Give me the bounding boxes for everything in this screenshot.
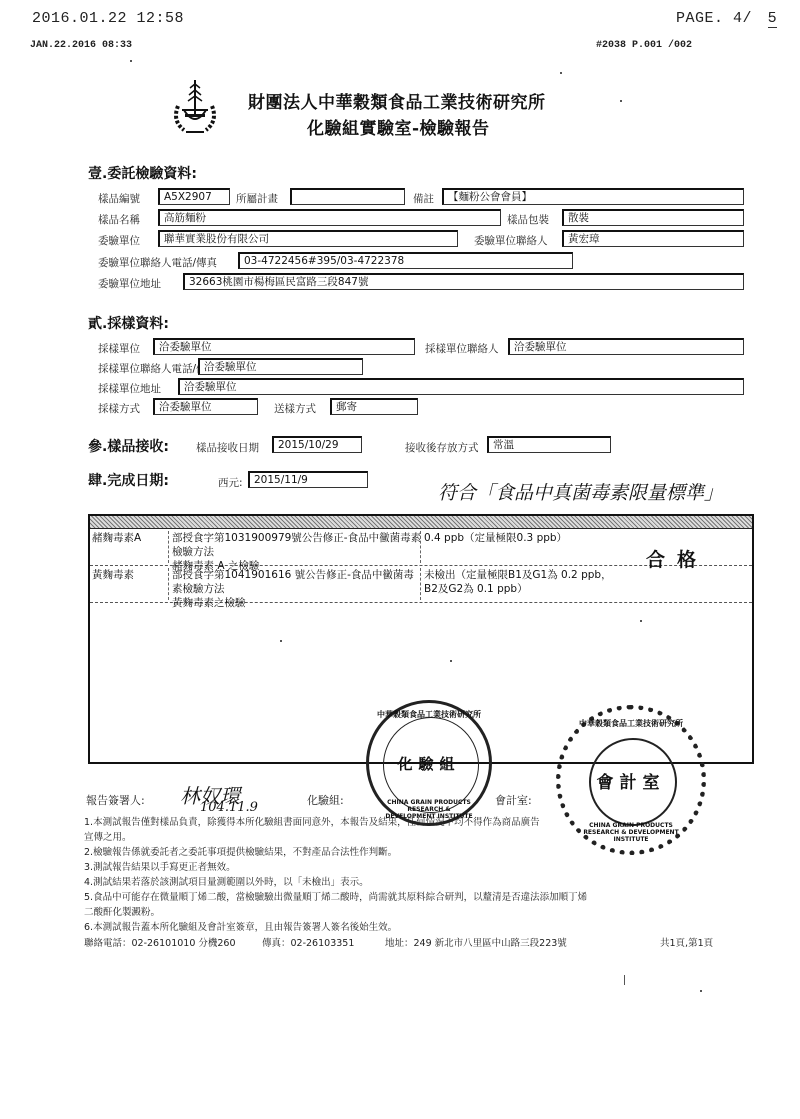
note-line: 1.本測試報告僅對樣品負責，除獲得本所化驗組書面同意外，本報告及結果，任何情況下… (84, 815, 587, 830)
note-line: 2.檢驗報告係就委託者之委託事項提供檢驗結果，不對產品合法性作判斷。 (84, 845, 587, 860)
sender-datetime: JAN.22.2016 08:33 (30, 40, 132, 51)
address-label: 委驗單位地址 (98, 276, 161, 291)
section4-title: 肆.完成日期: (88, 470, 169, 490)
lab-seal-icon: 中華穀類食品工業技術研究所 化驗組 CHINA GRAIN PRODUCTS R… (366, 700, 492, 826)
scan-speck (130, 60, 132, 62)
package-field: 散裝 (562, 209, 744, 226)
result-line: 0.4 ppb（定量極限0.3 ppb） (424, 531, 754, 545)
sample-no-field: A5X2907 (158, 188, 230, 205)
sampling-unit-label: 採樣單位 (98, 341, 140, 356)
note-line: 二酸酐化製澱粉。 (84, 905, 587, 920)
sampling-address-field: 洽委驗單位 (178, 378, 744, 395)
scan-speck (640, 620, 642, 622)
row-method: 部授食字第1041901616 號公告修正-食品中黴菌毒素檢驗方法 黃麴毒素之檢… (168, 568, 422, 600)
sampling-contact-field: 洽委驗單位 (508, 338, 744, 355)
contact-label: 委驗單位聯絡人 (474, 233, 548, 248)
sampling-method-field: 洽委驗單位 (153, 398, 258, 415)
scan-speck (560, 72, 562, 74)
contact-field: 黃宏璋 (562, 230, 744, 247)
note-line: 6.本測試報告蓋本所化驗組及會計室簽章，且由報告簽署人簽名後始生效。 (84, 920, 587, 935)
completion-date-field: 2015/11/9 (248, 471, 368, 488)
sample-name-field: 高筋麵粉 (158, 209, 501, 226)
sampling-method-label: 採樣方式 (98, 401, 140, 416)
sampling-unit-field: 洽委驗單位 (153, 338, 415, 355)
note-line: 4.測試結果若落於該測試項目量測範圍以外時，以「未檢出」表示。 (84, 875, 587, 890)
sample-name-label: 樣品名稱 (98, 212, 140, 227)
institute-name: 財團法人中華穀類食品工業技術研究所 (248, 88, 546, 113)
lab-label: 化驗組: (307, 792, 344, 808)
section3-title: 參.樣品接收: (88, 436, 169, 456)
approver-date: 104.11.9 (200, 800, 258, 815)
footer-fax: 傳真：02-26103351 (262, 935, 354, 949)
fax-page-label: PAGE. 4/ 5 (676, 10, 777, 27)
footer-pages: 共1頁,第1頁 (660, 935, 713, 949)
storage-label: 接收後存放方式 (405, 440, 479, 455)
footer-phone: 聯絡電話：02-26101010 分機260 (84, 935, 236, 949)
delivery-label: 送樣方式 (274, 401, 316, 416)
page-current: 4/ (733, 10, 752, 27)
report-notes: 1.本測試報告僅對樣品負責，除獲得本所化驗組書面同意外，本報告及結果，任何情況下… (84, 815, 587, 935)
phone-fax-label: 委驗單位聯絡人電話/傳真 (98, 255, 217, 270)
client-label: 委驗單位 (98, 233, 140, 248)
address-field: 32663桃園市楊梅區民富路三段847號 (183, 273, 744, 290)
seal-center-text: 會計室 (561, 768, 701, 793)
seal-center-text: 化驗組 (369, 753, 489, 774)
page-label: PAGE. (676, 10, 724, 27)
accounting-label: 會計室: (495, 792, 532, 808)
era-label: 西元: (218, 475, 243, 490)
remark-label: 備註 (413, 191, 434, 206)
sample-no-label: 樣品編號 (98, 191, 140, 206)
scan-speck (280, 640, 282, 642)
page-total: 5 (768, 10, 778, 28)
delivery-field: 郵寄 (330, 398, 418, 415)
footer-address: 地址：249 新北市八里區中山路三段223號 (385, 935, 567, 949)
scan-speck (700, 990, 702, 992)
note-line: 宣傳之用。 (84, 830, 587, 845)
row-item: 黃麴毒素 (92, 568, 164, 582)
institute-logo-icon (168, 76, 222, 136)
section1-title: 壹.委託檢驗資料: (88, 163, 197, 183)
sampling-contact-label: 採樣單位聯絡人 (425, 341, 499, 356)
client-field: 聯華實業股份有限公司 (158, 230, 458, 247)
package-label: 樣品包裝 (507, 212, 549, 227)
handwritten-compliance-note: 符合「食品中真菌毒素限量標準」 (438, 478, 723, 505)
sampling-address-label: 採樣單位地址 (98, 381, 161, 396)
row-result: 未檢出（定量極限B1及G1為 0.2 ppb， B2及G2為 0.1 ppb） (420, 568, 754, 600)
scan-speck (620, 100, 622, 102)
fax-datetime: 2016.01.22 12:58 (32, 10, 184, 27)
result-line: B2及G2為 0.1 ppb） (424, 582, 754, 596)
row-item: 赭麴毒素A (92, 531, 164, 545)
seal-top-text: 中華穀類食品工業技術研究所 (561, 718, 701, 729)
scan-speck (624, 975, 625, 985)
scan-speck (450, 660, 452, 662)
row-method: 部授食字第1031900979號公告修正-食品中黴菌毒素檢驗方法 赭麴毒素 A … (168, 531, 422, 563)
phone-fax-field: 03-4722456#395/03-4722378 (238, 252, 573, 269)
method-line: 部授食字第1041901616 號公告修正-食品中黴菌毒素檢驗方法 (172, 568, 422, 596)
project-label: 所屬計畫 (236, 191, 278, 206)
sampling-phone-field: 洽委驗單位 (198, 358, 363, 375)
approver-label: 報告簽署人: (86, 792, 145, 808)
note-line: 3.測試報告結果以手寫更正者無效。 (84, 860, 587, 875)
project-field (290, 188, 405, 205)
remark-field: 【麵粉公會會員】 (442, 188, 744, 205)
sender-page: #2038 P.001 /002 (596, 40, 692, 51)
storage-field: 常溫 (487, 436, 611, 453)
report-title: 化驗組實驗室-檢驗報告 (307, 114, 490, 139)
note-line: 5.食品中可能存在微量順丁烯二酸，當檢驗驗出微量順丁烯二酸時，尚需就其原料綜合研… (84, 890, 587, 905)
method-line: 部授食字第1031900979號公告修正-食品中黴菌毒素檢驗方法 (172, 531, 422, 559)
seal-top-text: 中華穀類食品工業技術研究所 (369, 709, 489, 720)
method-line: 黃麴毒素之檢驗 (172, 596, 422, 610)
receive-date-label: 樣品接收日期 (196, 440, 259, 455)
section2-title: 貳.採樣資料: (88, 313, 169, 333)
receive-date-field: 2015/10/29 (272, 436, 362, 453)
pass-stamp: 合格 (646, 545, 708, 572)
table-header: 檢驗項目 檢驗方法 檢驗結果 (90, 516, 752, 529)
